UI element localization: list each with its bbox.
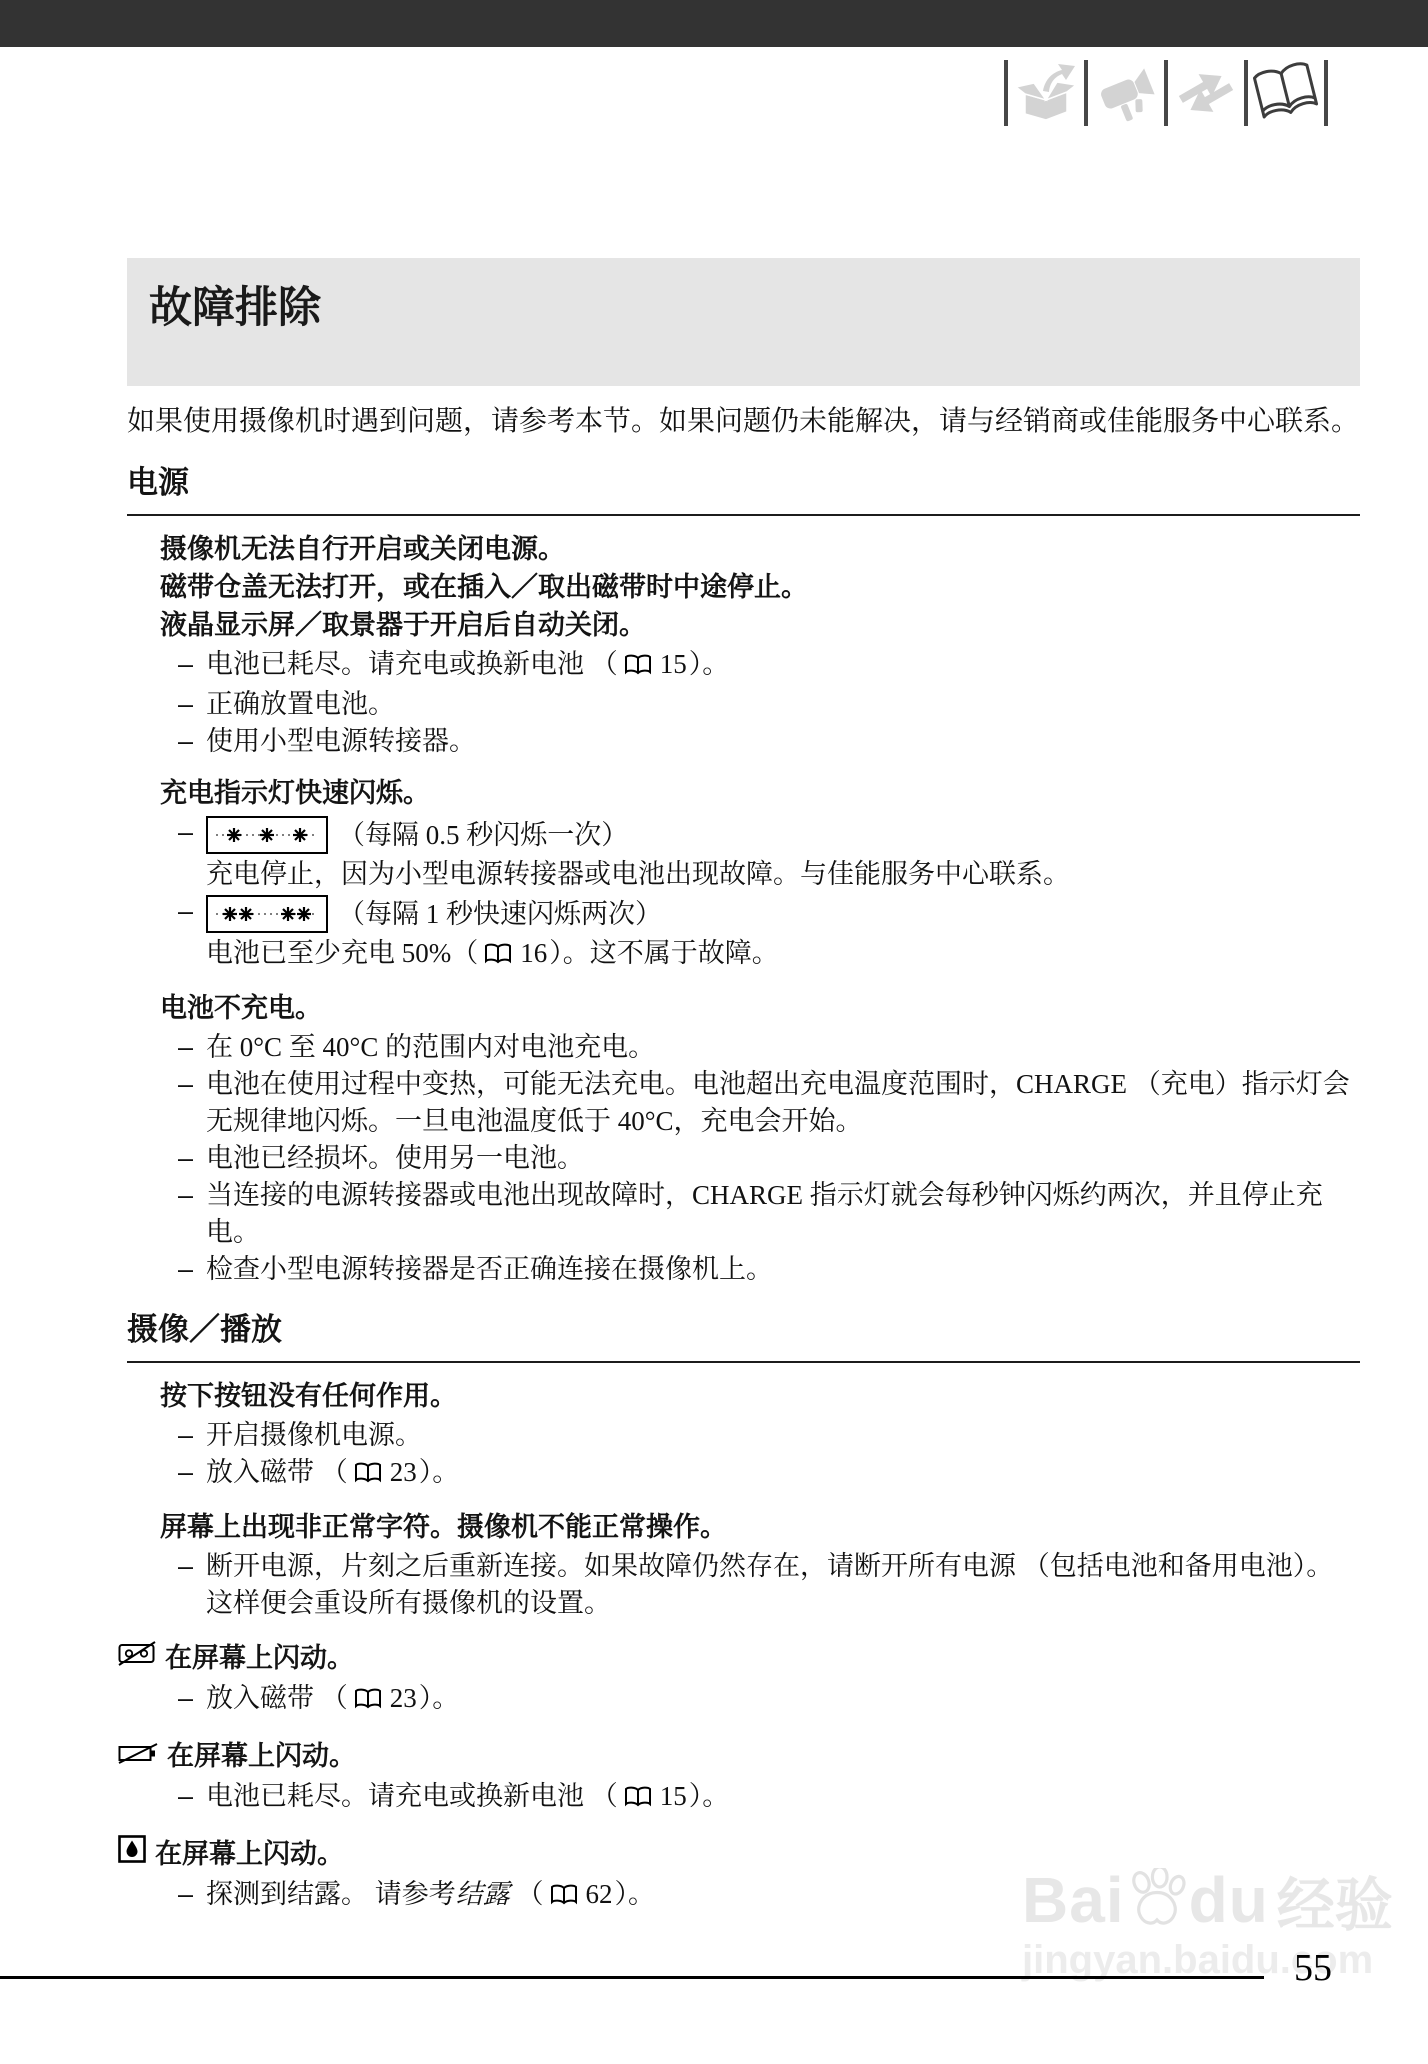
page-ref-number: 62 [586, 1879, 613, 1909]
solution-item: 开启摄像机电源。 [178, 1417, 1360, 1454]
solution-item: 放入磁带 （23）。 [178, 1680, 1360, 1720]
solution-list: 开启摄像机电源。 放入磁带 （23）。 [127, 1417, 1360, 1494]
watermark-logo-row: Bai du 经验 [1022, 1854, 1393, 1946]
problem-text: 在屏幕上闪动。 [167, 1736, 356, 1776]
camcorder-icon [1088, 57, 1164, 129]
top-edge-bar [0, 0, 1428, 47]
section-heading-power: 电源 [127, 457, 1360, 516]
problem-statement: 磁带仓盖无法打开，或在插入／取出磁带时中途停止。 [160, 568, 1360, 606]
solution-item: 检查小型电源转接器是否正确连接在摄像机上。 [178, 1251, 1360, 1288]
solution-list: 电池已耗尽。请充电或换新电池 （15）。 [127, 1778, 1360, 1818]
problem-statement: 液晶显示屏／取景器于开启后自动关闭。 [160, 606, 1360, 644]
solution-text: ）。 [419, 1683, 460, 1713]
solution-text: 电池已耗尽。请充电或换新电池 （ [206, 649, 618, 679]
solution-item: 当连接的电源转接器或电池出现故障时，CHARGE 指示灯就会每秒钟闪烁约两次，并… [178, 1177, 1360, 1251]
charge-blink-single-pattern-icon [206, 816, 328, 854]
solution-text: 放入磁带 （ [206, 1683, 348, 1713]
page-ref-book-icon [624, 649, 652, 686]
paw-print-icon [1125, 1868, 1189, 1933]
page-ref-number: 16 [520, 938, 547, 968]
trouble-block: 在屏幕上闪动。 电池已耗尽。请充电或换新电池 （15）。 [127, 1736, 1360, 1818]
solution-detail: 充电停止，因为小型电源转接器或电池出现故障。与佳能服务中心联系。 [206, 856, 1360, 893]
problem-statement: 在屏幕上闪动。 [118, 1638, 1360, 1678]
trouble-block: 充电指示灯快速闪烁。 （每隔 0.5 秒闪烁一次） [127, 774, 1360, 975]
watermark-text-cn: 经验 [1277, 1858, 1393, 1942]
problem-statement: 在屏幕上闪动。 [118, 1736, 1360, 1776]
page-content: 故障排除 如果使用摄像机时遇到问题，请参考本节。如果问题仍未能解决，请与经销商或… [127, 258, 1360, 1916]
battery-crossed-icon [118, 1736, 158, 1776]
solution-text: ）。这不属于故障。 [549, 938, 779, 968]
solution-list: （每隔 0.5 秒闪烁一次） 充电停止，因为小型电源转接器或电池出现故障。与佳能… [127, 814, 1360, 975]
trouble-block: 在屏幕上闪动。 放入磁带 （23）。 [127, 1638, 1360, 1720]
problem-statement: 充电指示灯快速闪烁。 [160, 774, 1360, 812]
chapter-title-box: 故障排除 [127, 258, 1360, 386]
page-ref-number: 15 [660, 649, 687, 679]
solution-list: 放入磁带 （23）。 [127, 1680, 1360, 1720]
solution-item: （每隔 1 秒快速闪烁两次） [178, 893, 1360, 935]
trouble-block: 按下按钮没有任何作用。 开启摄像机电源。 放入磁带 （23）。 [127, 1377, 1360, 1494]
solution-text: （ [510, 1879, 544, 1909]
page-ref-number: 15 [660, 1781, 687, 1811]
watermark-text: Bai [1022, 1863, 1125, 1937]
problem-statement: 屏幕上出现非正常字符。摄像机不能正常操作。 [160, 1508, 1360, 1546]
open-book-icon [1248, 57, 1324, 129]
solution-text: 探测到结露。 请参考 [206, 1879, 456, 1909]
solution-list: 电池已耗尽。请充电或换新电池 （15）。 正确放置电池。 使用小型电源转接器。 [127, 646, 1360, 760]
page-ref-book-icon [624, 1781, 652, 1818]
section-icon-strip [1004, 57, 1328, 129]
watermark-text: du [1189, 1863, 1269, 1937]
transfer-arrows-icon [1168, 57, 1244, 129]
solution-text: 电池已耗尽。请充电或换新电池 （ [206, 1781, 618, 1811]
solution-list: 断开电源，片刻之后重新连接。如果故障仍然存在，请断开所有电源 （包括电池和备用电… [127, 1548, 1360, 1622]
italic-term: 结露 [456, 1879, 510, 1909]
intro-paragraph: 如果使用摄像机时遇到问题，请参考本节。如果问题仍未能解决，请与经销商或佳能服务中… [127, 402, 1360, 441]
solution-text: ）。 [419, 1457, 460, 1487]
page-ref-book-icon [550, 1879, 578, 1916]
solution-text: 电池已至少充电 50%（ [206, 938, 478, 968]
cassette-crossed-icon [118, 1638, 156, 1678]
trouble-block: 摄像机无法自行开启或关闭电源。 磁带仓盖无法打开，或在插入／取出磁带时中途停止。… [127, 530, 1360, 760]
solution-item: （每隔 0.5 秒闪烁一次） [178, 814, 1360, 856]
page-number: 55 [1294, 1946, 1332, 1990]
page-ref-number: 23 [390, 1457, 417, 1487]
solution-item: 电池已耗尽。请充电或换新电池 （15）。 [178, 1778, 1360, 1818]
trouble-block: 屏幕上出现非正常字符。摄像机不能正常操作。 断开电源，片刻之后重新连接。如果故障… [127, 1508, 1360, 1622]
problem-statement: 摄像机无法自行开启或关闭电源。 [160, 530, 1360, 568]
solution-item: 电池已经损坏。使用另一电池。 [178, 1140, 1360, 1177]
charge-blink-double-pattern-icon [206, 895, 328, 933]
solution-item: 电池已耗尽。请充电或换新电池 （15）。 [178, 646, 1360, 686]
manual-page: 故障排除 如果使用摄像机时遇到问题，请参考本节。如果问题仍未能解决，请与经销商或… [0, 0, 1428, 2064]
problem-text: 在屏幕上闪动。 [165, 1638, 354, 1678]
solution-text: 放入磁带 （ [206, 1457, 348, 1487]
problem-statement: 按下按钮没有任何作用。 [160, 1377, 1360, 1415]
blink-interval-note: （每隔 1 秒快速闪烁两次） [338, 896, 662, 933]
solution-item: 在 0°C 至 40°C 的范围内对电池充电。 [178, 1029, 1360, 1066]
condensation-drop-icon [118, 1834, 146, 1874]
unboxing-icon [1008, 57, 1084, 129]
page-ref-book-icon [484, 938, 512, 975]
footer-rule [0, 1976, 1264, 1979]
solution-text: ）。 [615, 1879, 656, 1909]
separator [1324, 60, 1328, 126]
solution-text: ）。 [689, 649, 730, 679]
solution-text: ）。 [689, 1781, 730, 1811]
baidu-jingyan-watermark: Bai du 经验 jingyan.baidu.com [1022, 1854, 1393, 1983]
page-ref-book-icon [354, 1683, 382, 1720]
solution-item: 正确放置电池。 [178, 686, 1360, 723]
page-ref-book-icon [354, 1457, 382, 1494]
page-ref-number: 23 [390, 1683, 417, 1713]
solution-item: 使用小型电源转接器。 [178, 723, 1360, 760]
trouble-block: 电池不充电。 在 0°C 至 40°C 的范围内对电池充电。 电池在使用过程中变… [127, 989, 1360, 1288]
problem-statement: 电池不充电。 [160, 989, 1360, 1027]
problem-text: 在屏幕上闪动。 [155, 1834, 344, 1874]
solution-list: 在 0°C 至 40°C 的范围内对电池充电。 电池在使用过程中变热，可能无法充… [127, 1029, 1360, 1288]
blink-interval-note: （每隔 0.5 秒闪烁一次） [338, 817, 628, 854]
section-heading-recording-playback: 摄像／播放 [127, 1304, 1360, 1363]
solution-detail: 电池已至少充电 50%（16）。这不属于故障。 [206, 935, 1360, 975]
page-title: 故障排除 [149, 274, 1360, 335]
solution-item: 放入磁带 （23）。 [178, 1454, 1360, 1494]
solution-item: 电池在使用过程中变热，可能无法充电。电池超出充电温度范围时，CHARGE （充电… [178, 1066, 1360, 1140]
solution-item: 断开电源，片刻之后重新连接。如果故障仍然存在，请断开所有电源 （包括电池和备用电… [178, 1548, 1360, 1622]
